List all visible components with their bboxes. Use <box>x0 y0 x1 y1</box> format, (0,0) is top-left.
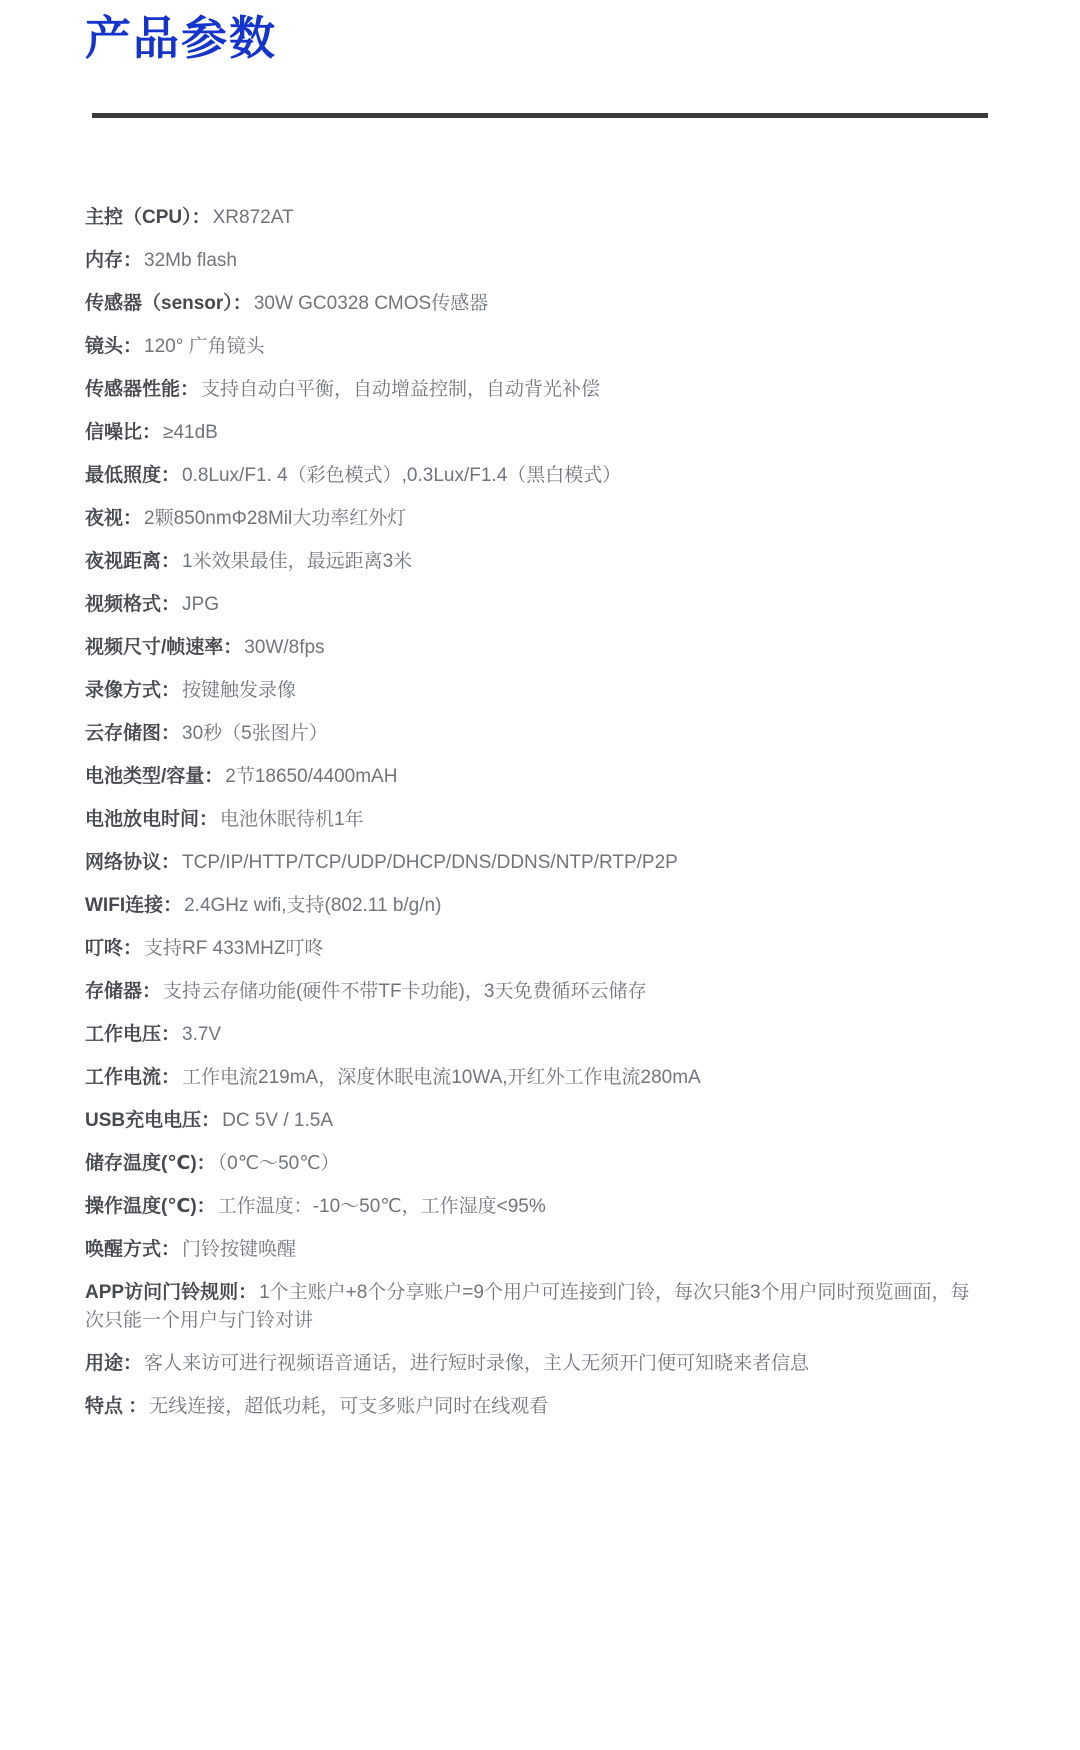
spec-value: 120° 广角镜头 <box>144 336 265 357</box>
spec-value: 30W GC0328 CMOS传感器 <box>254 293 488 314</box>
spec-label: 传感器（sensor）： <box>85 293 252 314</box>
spec-label: 视频格式： <box>85 594 180 615</box>
spec-label: 唤醒方式： <box>85 1239 180 1260</box>
spec-label: 传感器性能： <box>85 379 199 400</box>
spec-label: 特点 ： <box>85 1396 147 1417</box>
spec-label: 用途： <box>85 1353 142 1374</box>
spec-value: 30秒（5张图片） <box>182 723 328 744</box>
spec-label: APP访问门铃规则： <box>85 1282 257 1303</box>
spec-value: 电池休眠待机1年 <box>220 809 364 830</box>
spec-row: 电池放电时间：电池休眠待机1年 <box>85 806 985 834</box>
spec-value: XR872AT <box>213 207 294 228</box>
spec-label: 录像方式： <box>85 680 180 701</box>
page-title: 产品参数 <box>85 10 995 66</box>
spec-label: 夜视距离： <box>85 551 180 572</box>
spec-value: 2颗850nmΦ28Mil大功率红外灯 <box>144 508 406 529</box>
spec-row: WIFI连接：2.4GHz wifi,支持(802.11 b/g/n) <box>85 892 985 920</box>
spec-value: 工作电流219mA，深度休眠电流10WA,开红外工作电流280mA <box>182 1067 701 1088</box>
spec-row: 用途：客人来访可进行视频语音通话，进行短时录像，主人无须开门便可知晓来者信息 <box>85 1350 985 1378</box>
spec-row: 储存温度(℃)：（0℃～50℃） <box>85 1150 985 1178</box>
spec-label: 电池放电时间： <box>85 809 218 830</box>
spec-label: 操作温度(℃)： <box>85 1196 216 1217</box>
spec-row: 传感器性能：支持自动白平衡，自动增益控制，自动背光补偿 <box>85 376 985 404</box>
spec-row: 电池类型/容量：2节18650/4400mAH <box>85 763 985 791</box>
spec-label: 云存储图： <box>85 723 180 744</box>
spec-row: 信噪比：≥41dB <box>85 419 985 447</box>
spec-label: WIFI连接： <box>85 895 182 916</box>
spec-label: 叮咚： <box>85 938 142 959</box>
spec-label: 工作电流： <box>85 1067 180 1088</box>
spec-value: （0℃～50℃） <box>218 1153 340 1174</box>
spec-row: 最低照度：0.8Lux/F1. 4（彩色模式）,0.3Lux/F1.4（黑白模式… <box>85 462 985 490</box>
spec-label: 镜头： <box>85 336 142 357</box>
spec-label: 电池类型/容量： <box>85 766 223 787</box>
spec-value: 门铃按键唤醒 <box>182 1239 296 1260</box>
spec-row: 工作电压：3.7V <box>85 1021 985 1049</box>
spec-label: 储存温度(℃)： <box>85 1153 216 1174</box>
spec-value: 工作温度：-10～50℃，工作湿度<95% <box>218 1196 546 1217</box>
spec-row: 主控（CPU）：XR872AT <box>85 204 985 232</box>
spec-value: 支持云存储功能(硬件不带TF卡功能)，3天免费循环云储存 <box>163 981 646 1002</box>
spec-label: 夜视： <box>85 508 142 529</box>
spec-row: 内存：32Mb flash <box>85 247 985 275</box>
spec-label: USB充电电压： <box>85 1110 220 1131</box>
spec-value: JPG <box>182 594 219 615</box>
spec-value: 3.7V <box>182 1024 221 1045</box>
spec-label: 主控（CPU）： <box>85 207 211 228</box>
spec-value: ≥41dB <box>163 422 218 443</box>
spec-row: 夜视：2颗850nmΦ28Mil大功率红外灯 <box>85 505 985 533</box>
spec-label: 最低照度： <box>85 465 180 486</box>
spec-row: 视频尺寸/帧速率：30W/8fps <box>85 634 985 662</box>
spec-label: 内存： <box>85 250 142 271</box>
spec-row: USB充电电压：DC 5V / 1.5A <box>85 1107 985 1135</box>
spec-row: 夜视距离：1米效果最佳，最远距离3米 <box>85 548 985 576</box>
spec-label: 视频尺寸/帧速率： <box>85 637 242 658</box>
spec-row: 工作电流：工作电流219mA，深度休眠电流10WA,开红外工作电流280mA <box>85 1064 985 1092</box>
spec-label: 信噪比： <box>85 422 161 443</box>
spec-row: 唤醒方式：门铃按键唤醒 <box>85 1236 985 1264</box>
spec-value: 32Mb flash <box>144 250 237 271</box>
spec-row: 云存储图：30秒（5张图片） <box>85 720 985 748</box>
spec-row: 视频格式：JPG <box>85 591 985 619</box>
spec-row: 操作温度(℃)：工作温度：-10～50℃，工作湿度<95% <box>85 1193 985 1221</box>
spec-value: 支持自动白平衡，自动增益控制，自动背光补偿 <box>201 379 600 400</box>
spec-list: 主控（CPU）：XR872AT 内存：32Mb flash 传感器（sensor… <box>85 204 985 1421</box>
spec-row: 镜头：120° 广角镜头 <box>85 333 985 361</box>
title-divider <box>92 113 988 118</box>
spec-label: 网络协议： <box>85 852 180 873</box>
spec-value: TCP/IP/HTTP/TCP/UDP/DHCP/DNS/DDNS/NTP/RT… <box>182 852 678 873</box>
spec-value: 客人来访可进行视频语音通话，进行短时录像，主人无须开门便可知晓来者信息 <box>144 1353 809 1374</box>
spec-value: DC 5V / 1.5A <box>222 1110 333 1131</box>
spec-label: 工作电压： <box>85 1024 180 1045</box>
spec-label: 存储器： <box>85 981 161 1002</box>
spec-value: 30W/8fps <box>244 637 324 658</box>
spec-row: 传感器（sensor）：30W GC0328 CMOS传感器 <box>85 290 985 318</box>
spec-value: 2节18650/4400mAH <box>225 766 397 787</box>
product-spec-page: 产品参数 主控（CPU）：XR872AT 内存：32Mb flash 传感器（s… <box>0 0 1080 1750</box>
spec-row: 特点 ：无线连接，超低功耗，可支多账户同时在线观看 <box>85 1393 985 1421</box>
spec-row: 叮咚：支持RF 433MHZ叮咚 <box>85 935 985 963</box>
spec-row: 录像方式：按键触发录像 <box>85 677 985 705</box>
spec-value: 按键触发录像 <box>182 680 296 701</box>
spec-value: 支持RF 433MHZ叮咚 <box>144 938 323 959</box>
spec-row: 存储器：支持云存储功能(硬件不带TF卡功能)，3天免费循环云储存 <box>85 978 985 1006</box>
spec-row: APP访问门铃规则：1个主账户+8个分享账户=9个用户可连接到门铃，每次只能3个… <box>85 1279 985 1335</box>
spec-value: 2.4GHz wifi,支持(802.11 b/g/n) <box>184 895 441 916</box>
spec-value: 无线连接，超低功耗，可支多账户同时在线观看 <box>149 1396 548 1417</box>
spec-value: 1米效果最佳，最远距离3米 <box>182 551 412 572</box>
spec-row: 网络协议：TCP/IP/HTTP/TCP/UDP/DHCP/DNS/DDNS/N… <box>85 849 985 877</box>
spec-value: 0.8Lux/F1. 4（彩色模式）,0.3Lux/F1.4（黑白模式） <box>182 465 621 486</box>
